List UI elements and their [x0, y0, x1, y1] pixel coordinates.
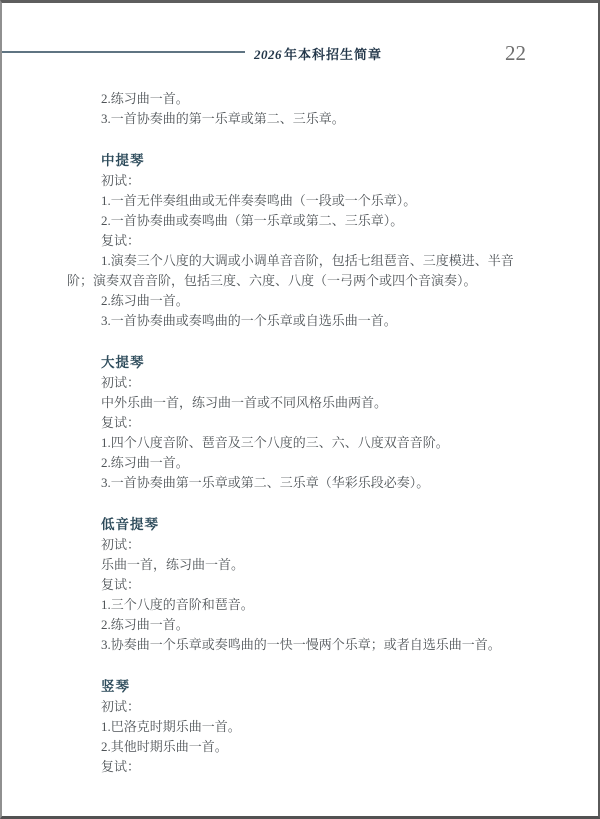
section-heading: 低音提琴	[101, 515, 533, 535]
requirement-line: 3.协奏曲一个乐章或奏鸣曲的一快一慢两个乐章；或者自选乐曲一首。	[67, 635, 533, 655]
instrument-section: 低音提琴初试：乐曲一首，练习曲一首。复试：1.三个八度的音阶和琶音。2.练习曲一…	[67, 515, 533, 655]
section-heading: 中提琴	[101, 151, 533, 171]
requirement-line: 复试：	[67, 757, 533, 777]
instrument-section: 竖琴初试：1.巴洛克时期乐曲一首。2.其他时期乐曲一首。复试：	[67, 677, 533, 777]
requirement-line: 初试：	[67, 171, 533, 191]
requirement-line: 复试：	[67, 575, 533, 595]
requirement-line: 复试：	[67, 231, 533, 251]
requirement-line: 1.巴洛克时期乐曲一首。	[67, 717, 533, 737]
requirement-line: 2.练习曲一首。	[67, 89, 533, 109]
header-title-year: 2026	[254, 47, 282, 62]
header-rule	[2, 51, 245, 53]
section-heading: 竖琴	[101, 677, 533, 697]
instrument-section: 大提琴初试：中外乐曲一首，练习曲一首或不同风格乐曲两首。复试：1.四个八度音阶、…	[67, 353, 533, 493]
requirement-line: 乐曲一首，练习曲一首。	[67, 555, 533, 575]
requirement-line: 2.练习曲一首。	[67, 615, 533, 635]
document-page: 2026年本科招生简章 22 2.练习曲一首。3.一首协奏曲的第一乐章或第二、三…	[0, 0, 600, 819]
section-heading: 大提琴	[101, 353, 533, 373]
page-number: 22	[505, 41, 526, 66]
requirement-line: 初试：	[67, 373, 533, 393]
requirement-line: 2.练习曲一首。	[67, 453, 533, 473]
requirement-line: 3.一首协奏曲第一乐章或第二、三乐章（华彩乐段必奏）。	[67, 473, 533, 493]
requirement-line: 1.演奏三个八度的大调或小调单音音阶，包括七组琶音、三度模进、半音阶；演奏双音音…	[67, 251, 533, 291]
requirement-line: 初试：	[67, 535, 533, 555]
requirement-line: 中外乐曲一首，练习曲一首或不同风格乐曲两首。	[67, 393, 533, 413]
header-title-text: 年本科招生简章	[284, 47, 382, 62]
requirement-line: 1.三个八度的音阶和琶音。	[67, 595, 533, 615]
requirement-line: 3.一首协奏曲的第一乐章或第二、三乐章。	[67, 109, 533, 129]
requirement-line: 2.练习曲一首。	[67, 291, 533, 311]
header-title: 2026年本科招生简章	[254, 44, 382, 63]
page-content: 2.练习曲一首。3.一首协奏曲的第一乐章或第二、三乐章。中提琴初试：1.一首无伴…	[67, 89, 533, 777]
requirement-line: 2.其他时期乐曲一首。	[67, 737, 533, 757]
requirement-line: 复试：	[67, 413, 533, 433]
requirement-line: 1.一首无伴奏组曲或无伴奏奏鸣曲（一段或一个乐章）。	[67, 191, 533, 211]
requirement-line: 1.四个八度音阶、琶音及三个八度的三、六、八度双音音阶。	[67, 433, 533, 453]
requirement-line: 2.一首协奏曲或奏鸣曲（第一乐章或第二、三乐章）。	[67, 211, 533, 231]
instrument-section: 2.练习曲一首。3.一首协奏曲的第一乐章或第二、三乐章。	[67, 89, 533, 129]
requirement-line: 初试：	[67, 697, 533, 717]
instrument-section: 中提琴初试：1.一首无伴奏组曲或无伴奏奏鸣曲（一段或一个乐章）。2.一首协奏曲或…	[67, 151, 533, 331]
requirement-line: 3.一首协奏曲或奏鸣曲的一个乐章或自选乐曲一首。	[67, 311, 533, 331]
